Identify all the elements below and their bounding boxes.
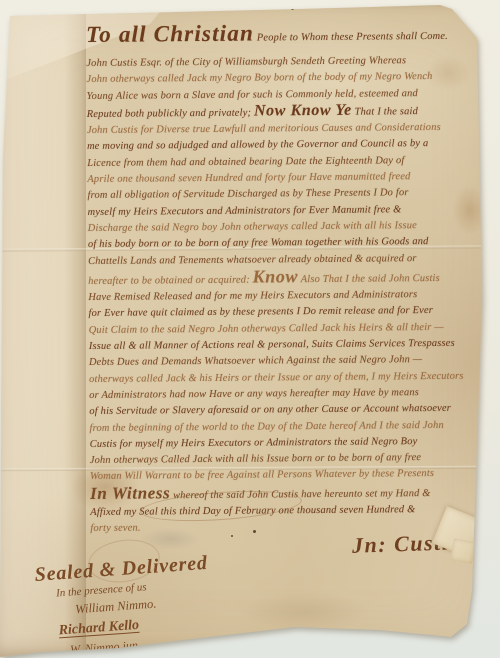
deed-line: me moving and so adjudged and allowed by… xyxy=(87,136,485,156)
deed-line: from the beginning of the world to the D… xyxy=(89,417,487,437)
witness-block: Sealed & Delivered In the presence of us… xyxy=(34,548,270,658)
deed-line: To all Christian People to Whom these Pr… xyxy=(86,21,484,56)
ink-speck xyxy=(291,7,294,10)
deed-line-text: Reputed both publickly and privately; xyxy=(87,107,254,119)
paper-shadow-wrap: To all Christian People to Whom these Pr… xyxy=(0,0,500,658)
deed-line-text: People to Whom these Presents shall Come… xyxy=(254,31,448,44)
emphasis-in-witness: In Witness xyxy=(90,483,170,503)
vertical-fold-strip xyxy=(0,0,86,658)
deed-line: of his body born or to be born of any fr… xyxy=(88,234,486,254)
emphasis-know: Know xyxy=(253,266,299,286)
deed-text: To all Christian People to Whom these Pr… xyxy=(86,21,488,538)
deed-line: In Witness whereof the said John Custis … xyxy=(90,482,488,505)
emphasis-now-know-ye: Now Know Ye xyxy=(254,102,352,120)
opening-words: To all Christian xyxy=(86,21,254,47)
deed-line: John otherways called Jack my Negro Boy … xyxy=(86,69,484,89)
deed-line-text: whereof the said John Custis have hereun… xyxy=(170,488,430,501)
document-paper: To all Christian People to Whom these Pr… xyxy=(0,0,500,658)
wax-seal-remnant-small xyxy=(450,538,475,563)
deed-line-text: hereafter to be obtained or acquired: xyxy=(88,274,252,286)
deed-line: hereafter to be obtained or acquired: Kn… xyxy=(88,266,486,290)
deed-line: otherways called Jack & his Heirs or the… xyxy=(89,368,487,388)
deed-line-text: That I the said xyxy=(352,106,418,118)
scan-background: To all Christian People to Whom these Pr… xyxy=(0,0,500,658)
deed-line-text: Also That I the said John Custis xyxy=(298,273,440,285)
